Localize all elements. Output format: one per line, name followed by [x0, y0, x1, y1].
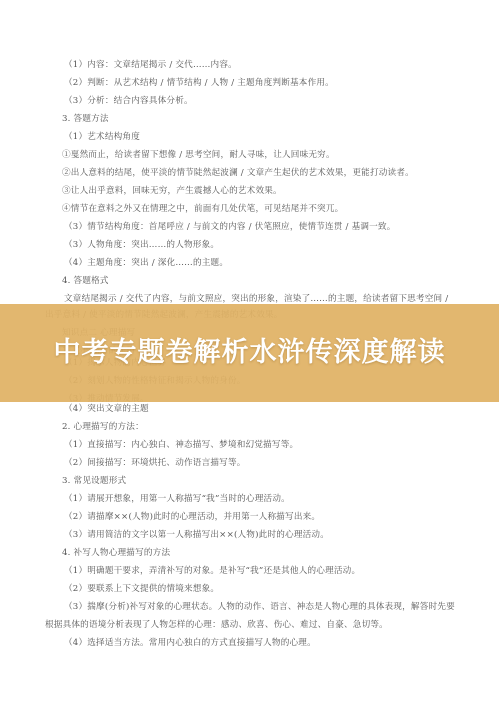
- document-line: （2）要联系上下文提供的情境来想象。: [64, 583, 219, 595]
- document-line: （4）选择适当方法。常用内心独白的方式直接描写人物的心理。: [64, 637, 316, 649]
- document-line: （3）情节结构角度：首尾呼应 / 与前文的内容 / 伏笔照应，使情节连贯 / 基…: [64, 221, 396, 233]
- document-line: （3）请用简洁的文字以第一人称描写出××(人物)此时的心理活动。: [64, 529, 329, 541]
- document-line: （2）请描摩××(人物)此时的心理活动，并用第一人称描写出来。: [64, 511, 320, 523]
- document-line: （1）内容：文章结尾揭示 / 交代……内容。: [64, 59, 237, 71]
- document-line: （1）明确题干要求，弄清补写的对象。是补写“我”还是其他人的心理活动。: [64, 565, 360, 577]
- document-line: （1）艺术结构角度: [64, 131, 140, 143]
- document-line: （2）判断：从艺术结构 / 情节结构 / 人物 / 主题角度判断基本作用。: [64, 77, 334, 89]
- document-line: （1）请展开想象，用第一人称描写“我”当时的心理活动。: [64, 493, 290, 505]
- document-line: ②出人意料的结尾，使平淡的情节陡然起波澜 / 文章产生起伏的艺术效果，更能打动读…: [62, 167, 414, 179]
- document-line: （2）间接描写：环境烘托、动作语言描写等。: [64, 457, 246, 469]
- document-line: 3. 答题方法: [62, 113, 109, 125]
- document-line: 3. 常见设题形式: [62, 475, 126, 487]
- document-line: （3）分析：结合内容具体分析。: [64, 95, 193, 107]
- document-line: （4）突出文章的主题: [64, 403, 149, 415]
- document-line: ③让人出乎意料，回味无穷，产生震撼人心的艺术效果。: [62, 185, 282, 197]
- title-banner: 中考专题卷解析水浒传深度解读: [0, 304, 499, 402]
- document-line: ①戛然而止，给读者留下想像 / 思考空间，耐人寻味，让人回味无穷。: [62, 149, 335, 161]
- document-line: （1）直接描写：内心独白、神态描写、梦境和幻觉描写等。: [64, 439, 298, 451]
- document-line: 2. 心理描写的方法：: [62, 421, 144, 433]
- banner-title: 中考专题卷解析水浒传深度解读: [40, 336, 460, 370]
- document-line: （3）揣摩(分析)补写对象的心理状态。人物的动作、语言、神态是人物心理的具体表现…: [64, 601, 455, 613]
- document-line: （3）人物角度：突出……的人物形象。: [64, 239, 219, 251]
- document-line: ④情节在意料之外又在情理之中，前面有几处伏笔，可见结尾并不突兀。: [62, 203, 343, 215]
- document-line: 4. 补写人物心理描写的方法: [62, 547, 170, 559]
- document-line: 根据具体的语境分析表现了人物怎样的心理：感动、欣喜、伤心、难过、自豪、急切等。: [45, 619, 388, 631]
- document-line: 4. 答题格式: [62, 275, 109, 287]
- document-line: （4）主题角度：突出 / 深化……的主题。: [64, 257, 228, 269]
